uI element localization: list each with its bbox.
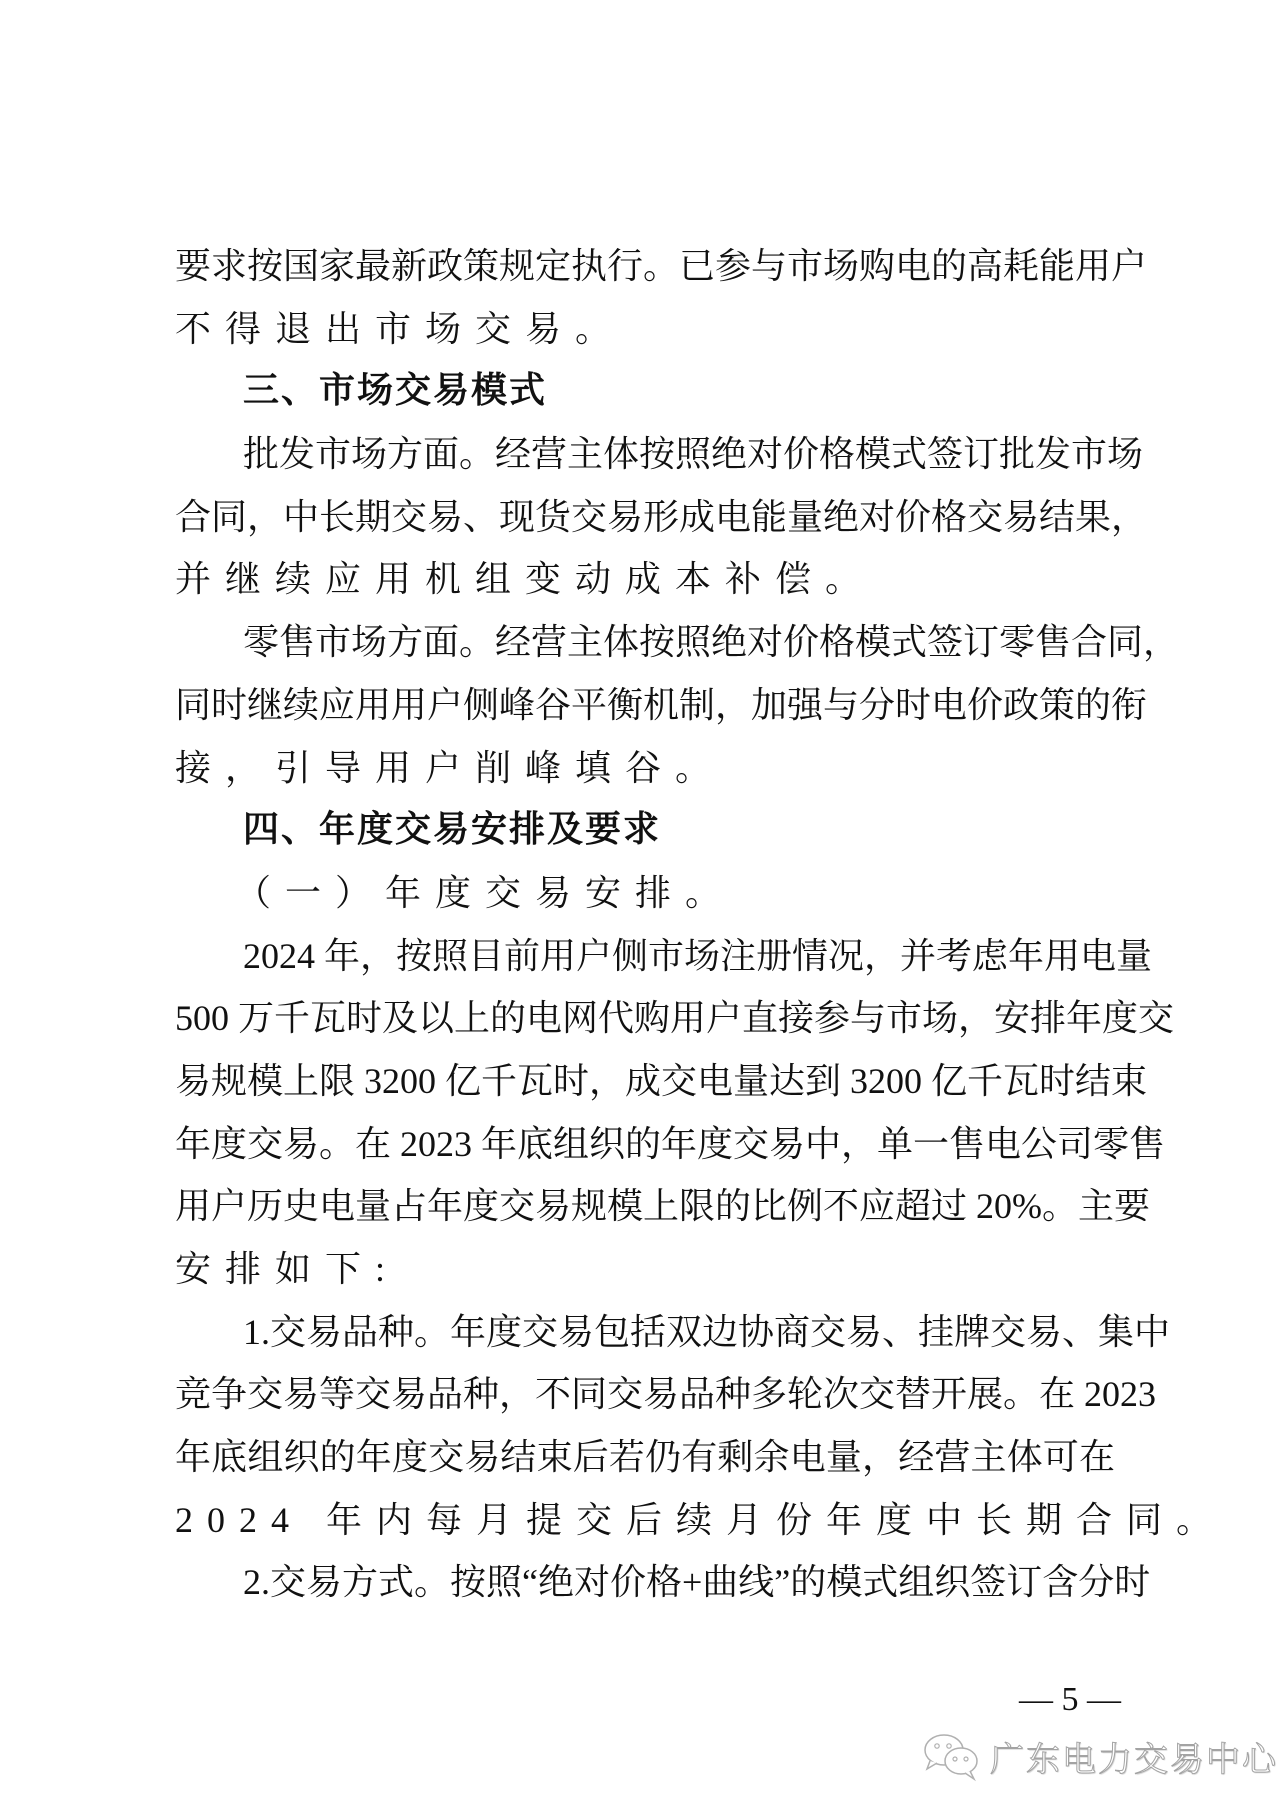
page-number: — 5 —: [1010, 1678, 1130, 1722]
body-line: 同时继续应用用户侧峰谷平衡机制，加强与分时电价政策的衔: [175, 674, 1115, 737]
body-line: 用户历史电量占年度交易规模上限的比例不应超过 20%。主要: [175, 1175, 1115, 1238]
body-line: 易规模上限 3200 亿千瓦时，成交电量达到 3200 亿千瓦时结束: [175, 1050, 1115, 1113]
body-line: 要求按国家最新政策规定执行。已参与市场购电的高耗能用户: [175, 235, 1115, 298]
body-line: 1.交易品种。年度交易包括双边协商交易、挂牌交易、集中: [175, 1301, 1115, 1364]
body-line: 不得退出市场交易。: [175, 298, 1115, 361]
document-body: 要求按国家最新政策规定执行。已参与市场购电的高耗能用户 不得退出市场交易。 三、…: [175, 235, 1115, 1614]
section-heading-4: 四、年度交易安排及要求: [175, 799, 1115, 862]
body-line: 2024 年内每月提交后续月份年度中长期合同。: [175, 1489, 1115, 1552]
body-line: 安排如下:: [175, 1238, 1115, 1301]
body-line: 2024 年，按照目前用户侧市场注册情况，并考虑年用电量: [175, 925, 1115, 988]
watermark: 广东电力交易中心: [922, 1728, 1278, 1784]
body-line: 批发市场方面。经营主体按照绝对价格模式签订批发市场: [175, 423, 1115, 486]
watermark-text: 广东电力交易中心: [990, 1732, 1278, 1781]
body-line: 年底组织的年度交易结束后若仍有剩余电量，经营主体可在: [175, 1426, 1115, 1489]
body-line: 并继续应用机组变动成本补偿。: [175, 548, 1115, 611]
body-line: 500 万千瓦时及以上的电网代购用户直接参与市场，安排年度交: [175, 987, 1115, 1050]
body-line: 合同，中长期交易、现货交易形成电能量绝对价格交易结果，: [175, 486, 1115, 549]
document-page: 要求按国家最新政策规定执行。已参与市场购电的高耗能用户 不得退出市场交易。 三、…: [0, 0, 1280, 1813]
body-line: 年度交易。在 2023 年底组织的年度交易中，单一售电公司零售: [175, 1113, 1115, 1176]
body-line: 2.交易方式。按照“绝对价格+曲线”的模式组织签订含分时: [175, 1551, 1115, 1614]
subsection-heading: （一）年度交易安排。: [175, 862, 1115, 925]
body-line: 竞争交易等交易品种，不同交易品种多轮次交替开展。在 2023: [175, 1363, 1115, 1426]
body-line: 接，引导用户削峰填谷。: [175, 737, 1115, 800]
body-line: 零售市场方面。经营主体按照绝对价格模式签订零售合同，: [175, 611, 1115, 674]
wechat-icon: [922, 1730, 982, 1782]
section-heading-3: 三、市场交易模式: [175, 360, 1115, 423]
